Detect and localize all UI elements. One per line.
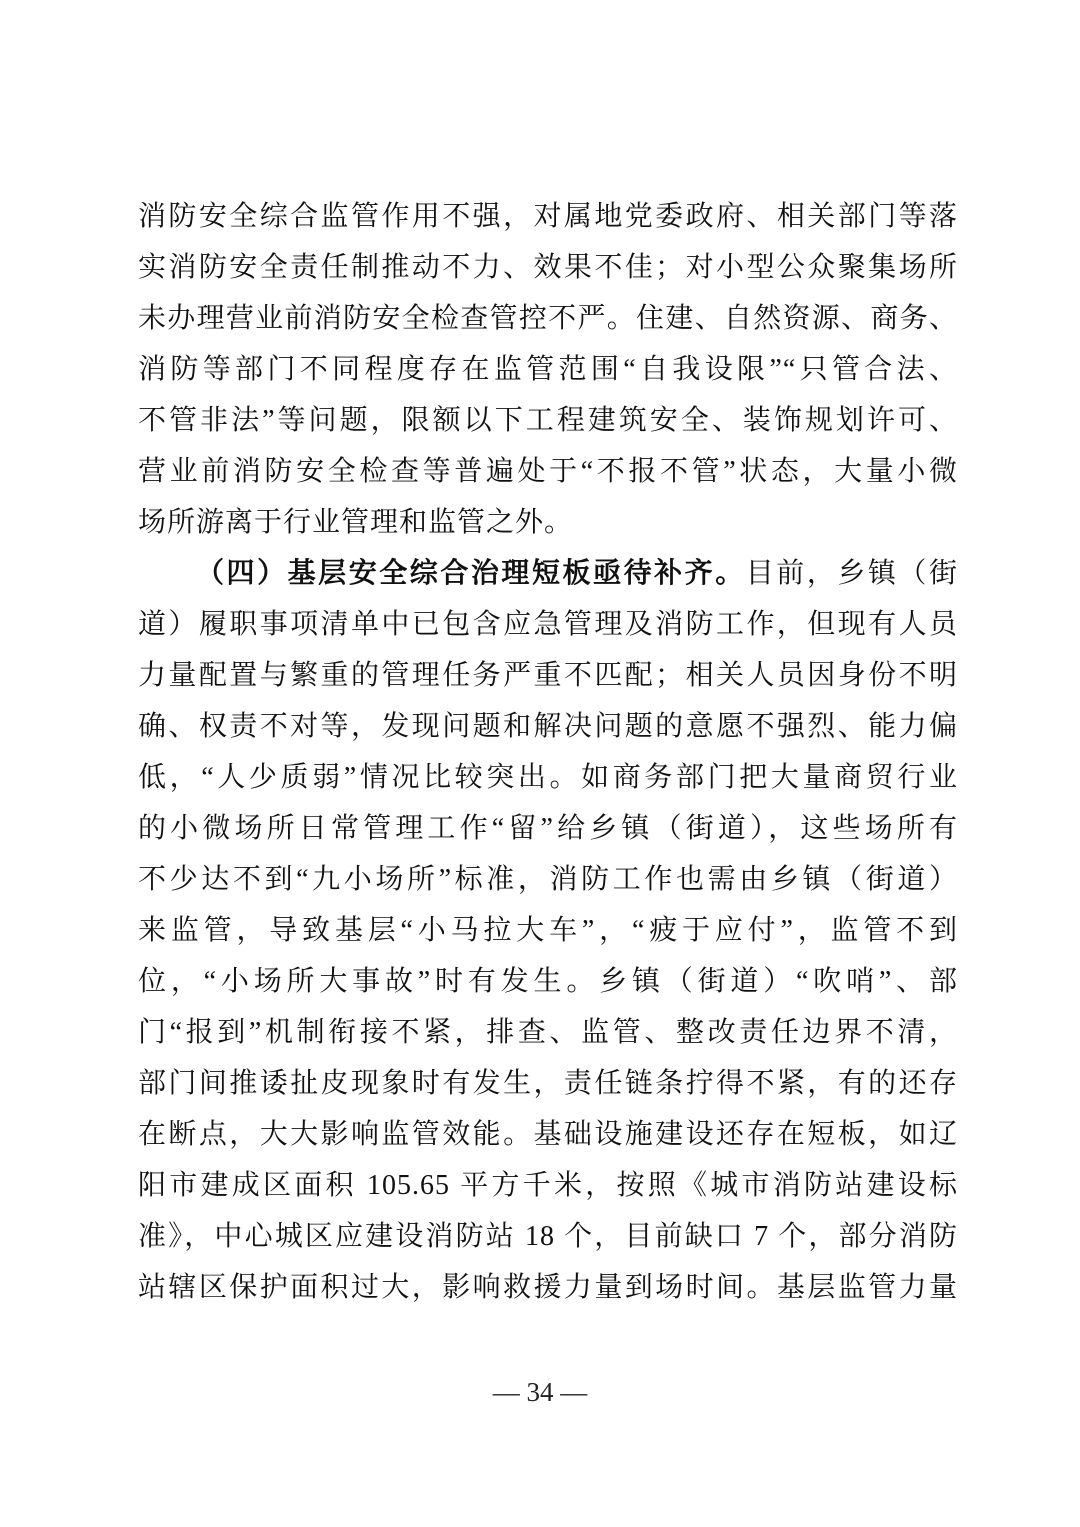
text-line: 未办理营业前消防安全检查管控不严。住建、自然资源、商务、 — [138, 293, 958, 344]
text-line: 准》，中心城区应建设消防站 18 个，目前缺口 7 个，部分消防 — [138, 1211, 958, 1262]
document-body: 消防安全综合监管作用不强，对属地党委政府、相关部门等落 实消防安全责任制推动不力… — [138, 191, 958, 1313]
text-line: 力量配置与繁重的管理任务严重不匹配；相关人员因身份不明 — [138, 650, 958, 701]
text-line: 阳市建成区面积 105.65 平方千米，按照《城市消防站建设标 — [138, 1160, 958, 1211]
text-line: 来监管，导致基层“小马拉大车”，“疲于应付”，监管不到 — [138, 905, 958, 956]
text-line: 不少达不到“九小场所”标准，消防工作也需由乡镇（街道） — [138, 854, 958, 905]
page-number: — 34 — — [0, 1372, 1080, 1412]
paragraph-section-4: （四）基层安全综合治理短板亟待补齐。目前，乡镇（街 道）履职事项清单中已包含应急… — [138, 548, 958, 1313]
text-line: 场所游离于行业管理和监管之外。 — [138, 497, 958, 548]
text-line: 在断点，大大影响监管效能。基础设施建设还存在短板，如辽 — [138, 1109, 958, 1160]
text-line: 营业前消防安全检查等普遍处于“不报不管”状态，大量小微 — [138, 446, 958, 497]
text-line: 门“报到”机制衔接不紧，排查、监管、整改责任边界不清， — [138, 1007, 958, 1058]
paragraph-continuation: 消防安全综合监管作用不强，对属地党委政府、相关部门等落 实消防安全责任制推动不力… — [138, 191, 958, 548]
text-line: 的小微场所日常管理工作“留”给乡镇（街道），这些场所有 — [138, 803, 958, 854]
text-line: 位，“小场所大事故”时有发生。乡镇（街道）“吹哨”、部 — [138, 956, 958, 1007]
text-line: 不管非法”等问题，限额以下工程建筑安全、装饰规划许可、 — [138, 395, 958, 446]
text-line: 站辖区保护面积过大，影响救援力量到场时间。基层监管力量 — [138, 1262, 958, 1313]
text-line: 消防安全综合监管作用不强，对属地党委政府、相关部门等落 — [138, 191, 958, 242]
text-line: 部门间推诿扯皮现象时有发生，责任链条拧得不紧，有的还存 — [138, 1058, 958, 1109]
section-body-start: 目前，乡镇（街 — [746, 558, 958, 589]
text-line: 道）履职事项清单中已包含应急管理及消防工作，但现有人员 — [138, 599, 958, 650]
text-line: 确、权责不对等，发现问题和解决问题的意愿不强烈、能力偏 — [138, 701, 958, 752]
text-line: 低，“人少质弱”情况比较突出。如商务部门把大量商贸行业 — [138, 752, 958, 803]
text-line: （四）基层安全综合治理短板亟待补齐。目前，乡镇（街 — [138, 548, 958, 599]
text-line: 消防等部门不同程度存在监管范围“自我设限”“只管合法、 — [138, 344, 958, 395]
text-line: 实消防安全责任制推动不力、效果不佳；对小型公众聚集场所 — [138, 242, 958, 293]
section-heading: （四）基层安全综合治理短板亟待补齐。 — [196, 558, 746, 589]
